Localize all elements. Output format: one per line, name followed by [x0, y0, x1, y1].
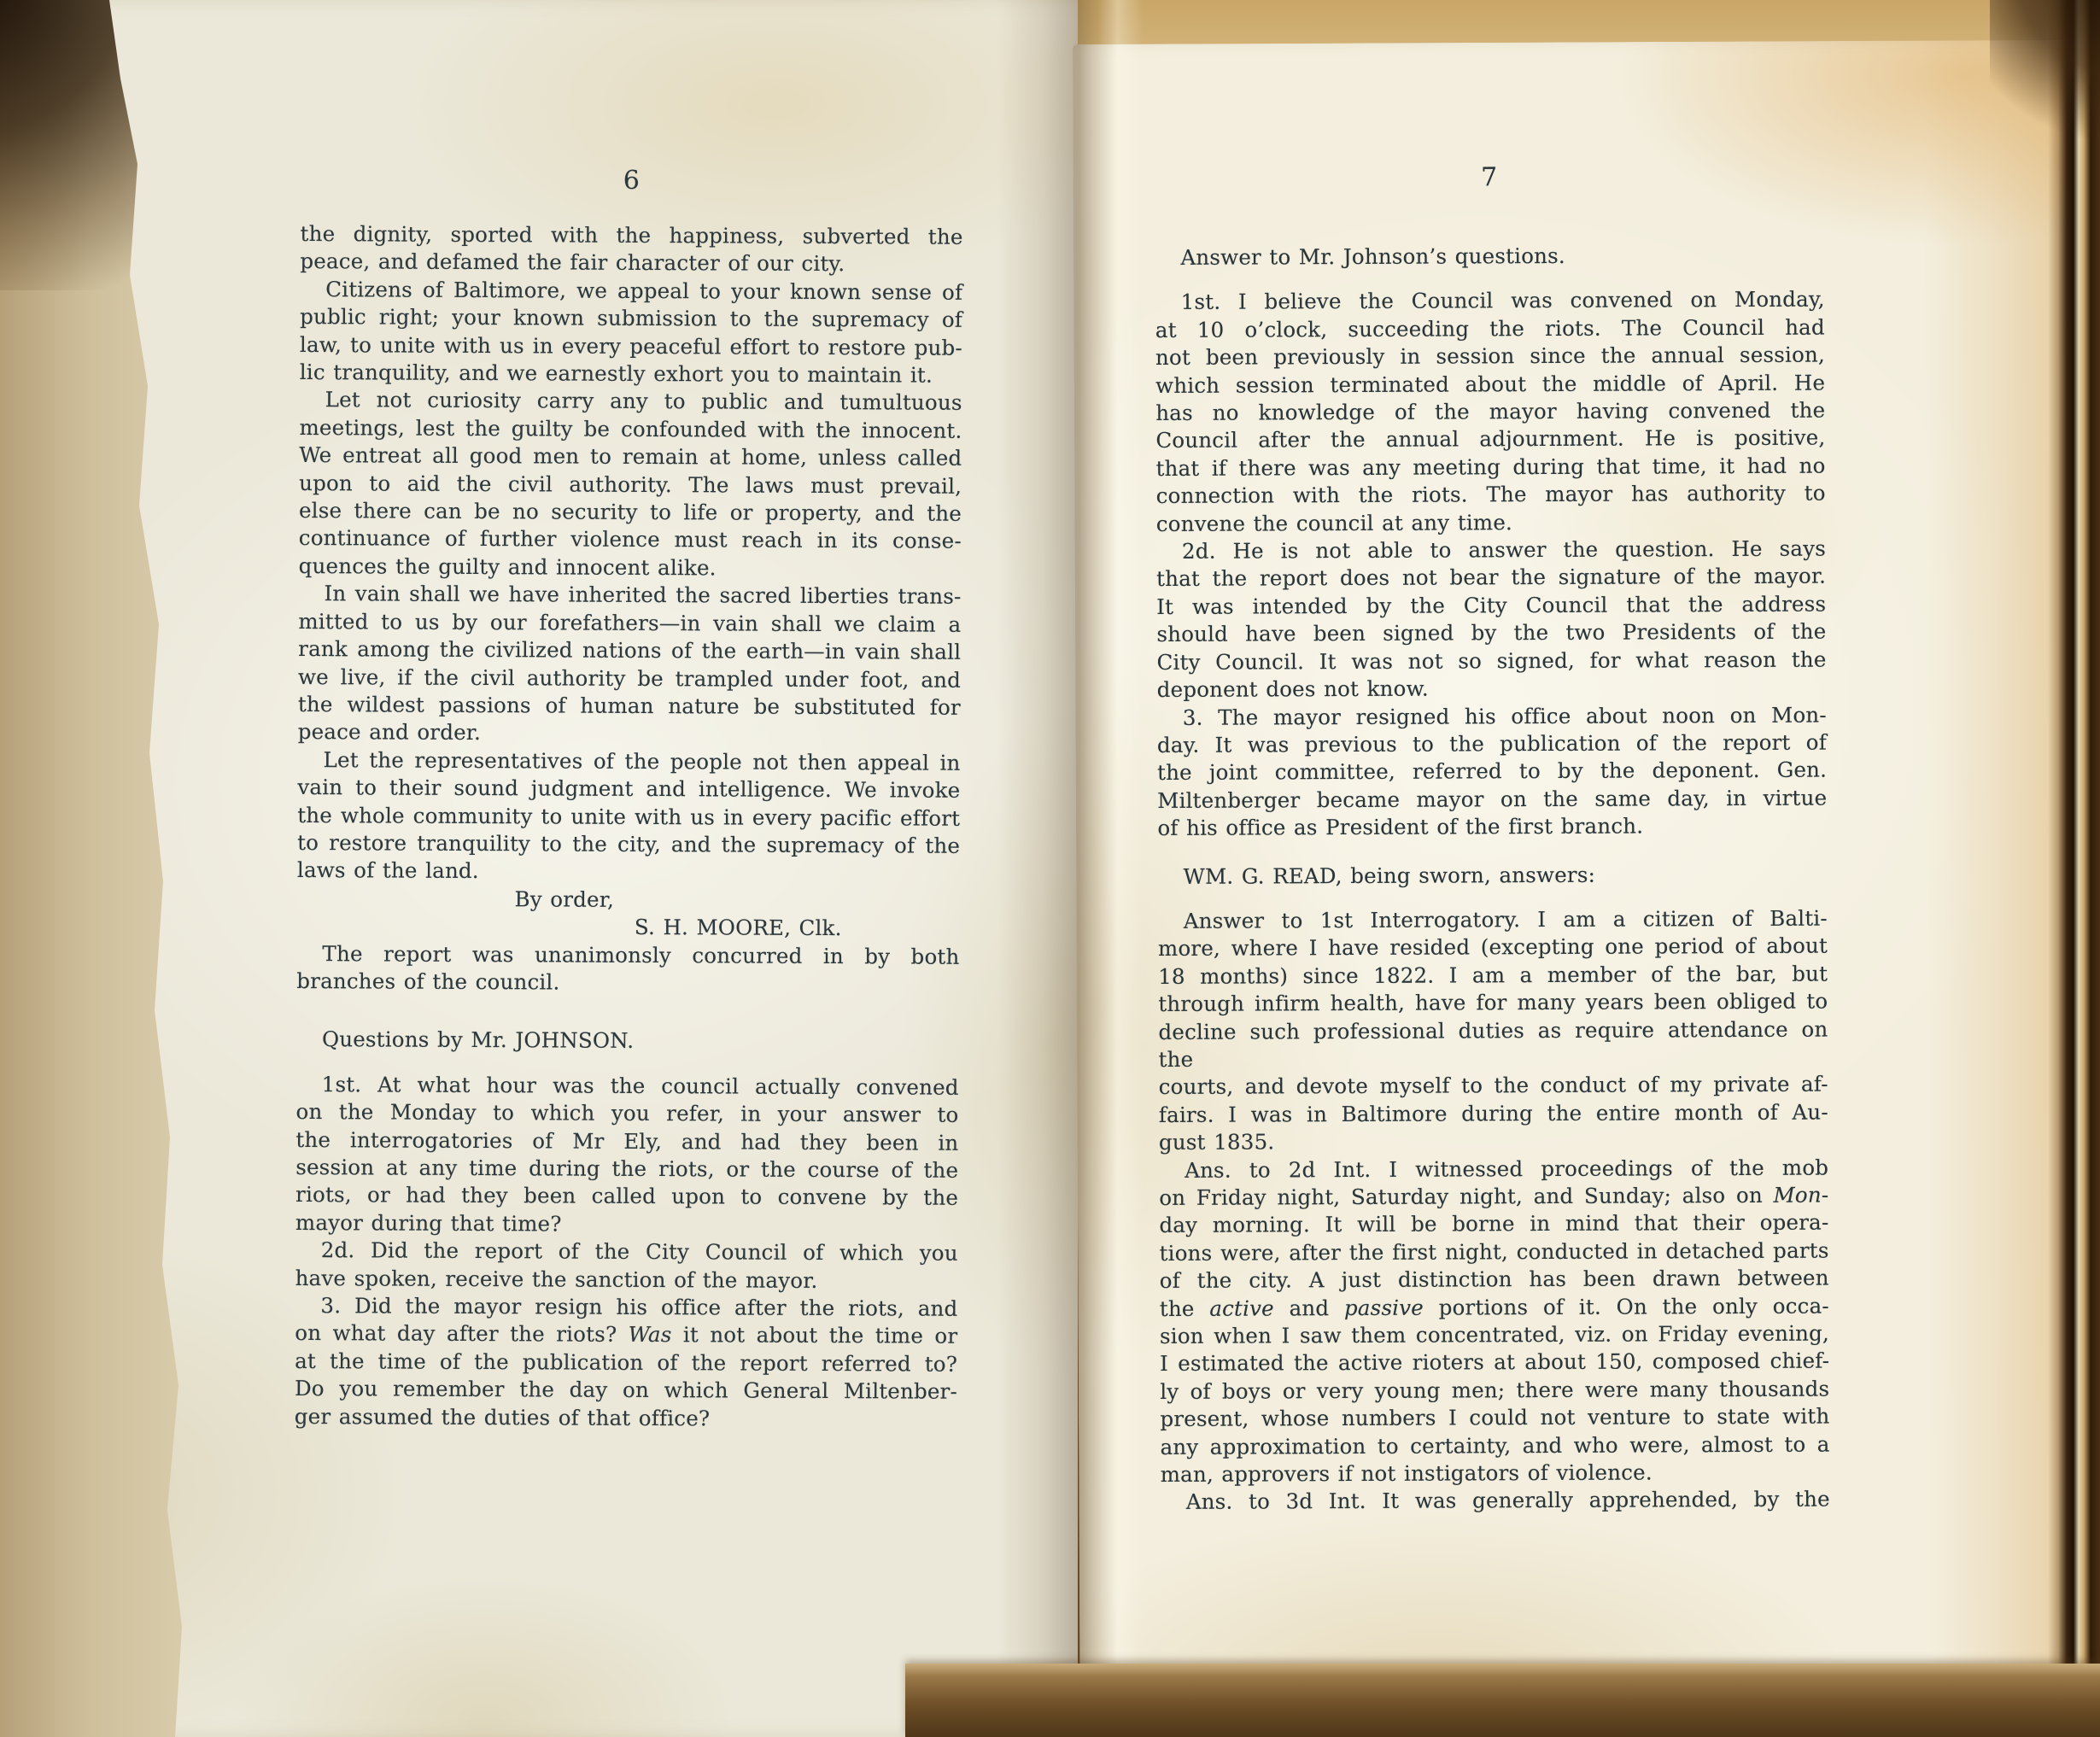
- text-line: mayor during that time?: [295, 1209, 958, 1240]
- book-bottom-edge: [905, 1664, 2100, 1737]
- book-photo: { "pages": [ { "number": "6", "blocks": …: [0, 0, 2100, 1737]
- text-line: 3. The mayor resigned his office about n…: [1157, 701, 1827, 732]
- paragraph: Answer to Mr. Johnson’s questions.: [1155, 242, 1824, 272]
- text-line: Answer to 1st Interrogatory. I am a citi…: [1158, 905, 1828, 936]
- text-line: session at any time during the riots, or…: [295, 1154, 958, 1184]
- text-line: vain to their sound judgment and intelli…: [297, 774, 960, 804]
- paragraph: 3. The mayor resigned his office about n…: [1157, 701, 1828, 842]
- page-6-text-column: 6 the dignity, sported with the happines…: [295, 162, 963, 1434]
- text-line: decline such professional duties as requ…: [1158, 1015, 1828, 1073]
- text-line: fairs. I was in Baltimore during the ent…: [1159, 1098, 1828, 1129]
- text-line: Ans. to 3d Int. It was generally apprehe…: [1161, 1486, 1830, 1517]
- text-line: not been previously in session since the…: [1155, 342, 1825, 372]
- text-line: that if there was any meeting during tha…: [1155, 452, 1825, 482]
- text-line: riots, or had they been called upon to c…: [295, 1181, 958, 1212]
- paragraph: WM. G. READ, being sworn, answers:: [1158, 860, 1828, 891]
- text-line: Answer to Mr. Johnson’s questions.: [1155, 242, 1824, 272]
- text-line: the joint committee, referred to by the …: [1157, 757, 1827, 787]
- text-line: sion when I saw them concentrated, viz. …: [1160, 1320, 1829, 1351]
- text-line: public right; your known submission to t…: [300, 303, 962, 334]
- paragraph: Ans. to 3d Int. It was generally apprehe…: [1161, 1486, 1830, 1517]
- text-line: mitted to us by our forefathers—in vain …: [298, 608, 961, 639]
- text-line: S. H. MOORE, Clk.: [297, 912, 960, 943]
- text-line: 18 months) since 1822. I am a member of …: [1158, 960, 1828, 991]
- text-line: Do you remember the day on which General…: [295, 1375, 957, 1406]
- text-line: present, whose numbers I could not ventu…: [1160, 1403, 1829, 1434]
- paragraph: 1st. I believe the Council was convened …: [1155, 286, 1826, 538]
- text-line: more, where I have resided (excepting on…: [1158, 933, 1828, 963]
- text-line: to restore tranquility to the city, and …: [297, 829, 960, 860]
- paragraph: By order,: [297, 885, 960, 915]
- text-line: deponent does not know.: [1157, 674, 1827, 705]
- text-line: Questions by Mr. JOHNSON.: [296, 1026, 959, 1056]
- page-7-text-column: 7 Answer to Mr. Johnson’s questions.1st.…: [1155, 160, 1830, 1517]
- text-line: Ans. to 2d Int. I witnessed proceedings …: [1159, 1154, 1828, 1184]
- text-line: day morning. It will be borne in mind th…: [1159, 1209, 1828, 1240]
- text-line: on the Monday to which you refer, in you…: [295, 1098, 958, 1129]
- paragraph: Answer to 1st Interrogatory. I am a citi…: [1158, 905, 1828, 1157]
- page-stack-right-edge: [2048, 0, 2100, 1737]
- text-line: branches of the council.: [296, 968, 959, 998]
- paragraph: S. H. MOORE, Clk.: [297, 912, 960, 943]
- paragraph: 2d. He is not able to answer the questio…: [1156, 535, 1827, 705]
- text-line: peace, and defamed the fair character of…: [300, 248, 962, 278]
- page-number-6: 6: [301, 162, 963, 200]
- text-line: lic tranquility, and we earnestly exhort…: [300, 359, 962, 389]
- text-line: We entreat all good men to remain at hom…: [299, 442, 962, 472]
- text-line: the dignity, sported with the happiness,…: [301, 220, 963, 251]
- text-line: WM. G. READ, being sworn, answers:: [1158, 860, 1828, 891]
- paragraph: the dignity, sported with the happiness,…: [300, 220, 962, 279]
- text-line: the interrogatories of Mr Ely, and had t…: [295, 1126, 958, 1157]
- text-line: Council after the annual adjournment. He…: [1155, 424, 1825, 455]
- text-line: any approximation to certainty, and who …: [1160, 1430, 1829, 1461]
- text-line: Let not curiosity carry any to public an…: [300, 386, 962, 417]
- paragraph: 2d. Did the report of the City Council o…: [295, 1237, 958, 1295]
- text-line: In vain shall we have inherited the sacr…: [298, 580, 961, 611]
- text-line: gust 1835.: [1159, 1126, 1828, 1157]
- text-line: continuance of further violence must rea…: [299, 524, 962, 555]
- text-line: City Council. It was not so signed, for …: [1156, 646, 1826, 676]
- text-line: Let the representatives of the people no…: [298, 746, 961, 777]
- text-line: else there can be no security to life or…: [299, 497, 962, 528]
- text-line: Citizens of Baltimore, we appeal to your…: [300, 276, 962, 307]
- text-line: tions were, after the first night, condu…: [1160, 1237, 1829, 1267]
- paragraph: The report was unanimonsly concurred in …: [296, 940, 959, 999]
- text-line: we live, if the civil authority be tramp…: [298, 663, 961, 693]
- text-line: 2d. Did the report of the City Council o…: [295, 1237, 958, 1267]
- text-line: on Friday night, Saturday night, and Sun…: [1159, 1182, 1828, 1213]
- text-line: have spoken, receive the sanction of the…: [295, 1265, 958, 1295]
- text-line: laws of the land.: [297, 857, 960, 887]
- text-line: the active and passive portions of it. O…: [1160, 1292, 1829, 1323]
- page-7-body: Answer to Mr. Johnson’s questions.1st. I…: [1155, 242, 1829, 1517]
- text-line: I estimated the active rioters at about …: [1160, 1348, 1829, 1378]
- text-line: has no knowledge of the mayor having con…: [1155, 397, 1825, 428]
- text-line: on what day after the riots? Was it not …: [295, 1319, 957, 1350]
- book-cover-corner-top-right: [1990, 0, 2100, 162]
- text-line: at 10 o’clock, succeeding the riots. The…: [1155, 313, 1825, 344]
- gutter-shadow: [997, 0, 1160, 1737]
- text-line: 1st. I believe the Council was convened …: [1155, 286, 1825, 317]
- paragraph: Questions by Mr. JOHNSON.: [296, 1026, 959, 1056]
- text-line: the wildest passions of human nature be …: [298, 691, 961, 722]
- page-6-body: the dignity, sported with the happiness,…: [295, 220, 963, 1434]
- text-line: courts, and devote myself to the conduct…: [1159, 1071, 1828, 1102]
- text-line: ger assumed the duties of that office?: [295, 1403, 957, 1434]
- text-line: at the time of the publication of the re…: [295, 1348, 957, 1378]
- paragraph: 1st. At what hour was the council actual…: [295, 1071, 959, 1240]
- text-line: convene the council at any time.: [1156, 507, 1826, 538]
- text-line: 1st. At what hour was the council actual…: [296, 1071, 959, 1102]
- text-line: law, to unite with us in every peaceful …: [300, 331, 962, 362]
- text-line: the whole community to unite with us in …: [297, 802, 960, 833]
- text-line: that the report does not bear the signat…: [1156, 563, 1826, 594]
- text-line: of the city. A just distinction has been…: [1160, 1265, 1829, 1295]
- text-line: The report was unanimonsly concurred in …: [296, 940, 959, 971]
- page-number-7: 7: [1155, 160, 1824, 196]
- paragraph: 3. Did the mayor resign his office after…: [295, 1292, 958, 1434]
- text-line: meetings, lest the guilty be confounded …: [299, 414, 962, 445]
- text-line: quences the guilty and innocent alike.: [299, 553, 962, 583]
- text-line: man, approvers if not instigators of vio…: [1161, 1459, 1830, 1489]
- paragraph: In vain shall we have inherited the sacr…: [298, 580, 962, 749]
- text-line: connection with the riots. The mayor has…: [1156, 480, 1826, 511]
- text-line: through infirm health, have for many yea…: [1158, 988, 1828, 1019]
- text-line: By order,: [297, 885, 960, 915]
- text-line: upon to aid the civil authority. The law…: [299, 470, 962, 500]
- paragraph: Let not curiosity carry any to public an…: [299, 386, 962, 583]
- text-line: peace and order.: [298, 718, 961, 749]
- text-line: 2d. He is not able to answer the questio…: [1156, 535, 1826, 566]
- text-line: Miltenberger became mayor on the same da…: [1157, 784, 1827, 815]
- paragraph: Let the representatives of the people no…: [297, 746, 961, 888]
- text-line: 3. Did the mayor resign his office after…: [295, 1292, 957, 1323]
- text-line: day. It was previous to the publication …: [1157, 728, 1827, 759]
- text-line: of his office as President of the first …: [1157, 812, 1827, 843]
- text-line: rank among the civilized nations of the …: [298, 635, 961, 666]
- text-line: which session terminated about the middl…: [1155, 369, 1825, 400]
- paragraph: Citizens of Baltimore, we appeal to your…: [300, 276, 963, 389]
- paragraph: Ans. to 2d Int. I witnessed proceedings …: [1159, 1154, 1830, 1488]
- text-line: It was intended by the City Council that…: [1156, 590, 1826, 621]
- text-line: should have been signed by the two Presi…: [1156, 618, 1826, 649]
- text-line: ly of boys or very young men; there were…: [1160, 1375, 1829, 1406]
